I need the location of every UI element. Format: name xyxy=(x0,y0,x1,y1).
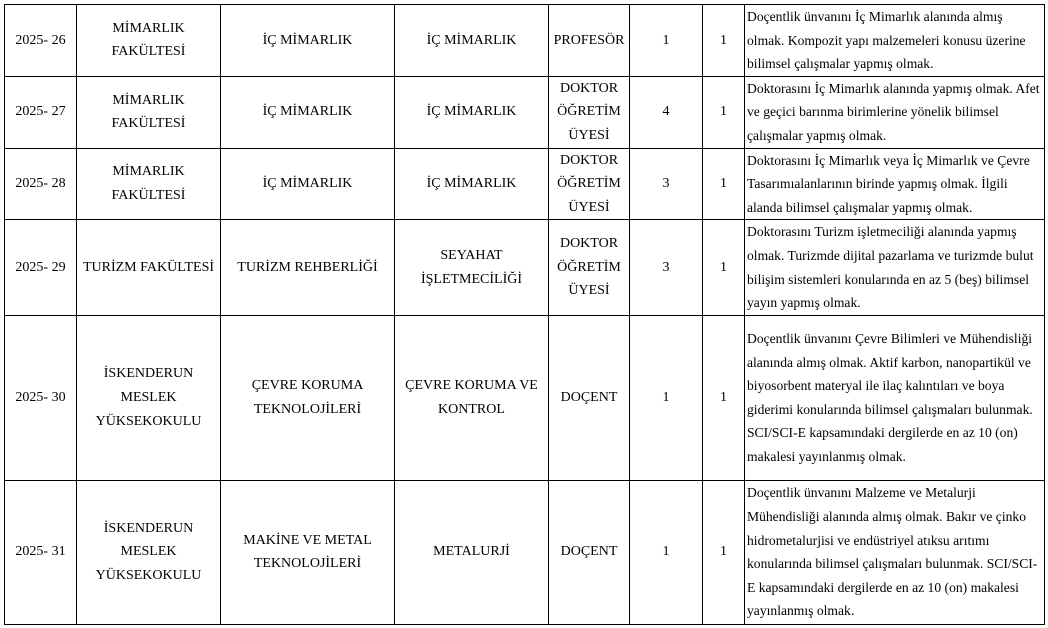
staff-positions-table: 2025- 26 MİMARLIK FAKÜLTESİ İÇ MİMARLIK … xyxy=(4,4,1045,625)
level: 3 xyxy=(630,220,703,315)
position-code: 2025- 26 xyxy=(5,5,77,77)
department: ÇEVRE KORUMA TEKNOLOJİLERİ xyxy=(221,315,395,480)
table-row: 2025- 30 İSKENDERUN MESLEK YÜKSEKOKULU Ç… xyxy=(5,315,1045,480)
field: İÇ MİMARLIK xyxy=(395,76,549,148)
position-code: 2025- 29 xyxy=(5,220,77,315)
department: TURİZM REHBERLİĞİ xyxy=(221,220,395,315)
table-row: 2025- 29 TURİZM FAKÜLTESİ TURİZM REHBERL… xyxy=(5,220,1045,315)
department: İÇ MİMARLIK xyxy=(221,5,395,77)
requirements: Doçentlik ünvanını İç Mimarlık alanında … xyxy=(745,5,1045,77)
position-count: 1 xyxy=(703,220,745,315)
position-count: 1 xyxy=(703,480,745,624)
position-count: 1 xyxy=(703,315,745,480)
academic-unit: İSKENDERUN MESLEK YÜKSEKOKULU xyxy=(77,315,221,480)
requirements: Doktorasını İç Mimarlık alanında yapmış … xyxy=(745,76,1045,148)
department: İÇ MİMARLIK xyxy=(221,148,395,220)
table-row: 2025- 27 MİMARLIK FAKÜLTESİ İÇ MİMARLIK … xyxy=(5,76,1045,148)
level: 1 xyxy=(630,5,703,77)
field: İÇ MİMARLIK xyxy=(395,5,549,77)
department: İÇ MİMARLIK xyxy=(221,76,395,148)
requirements: Doçentlik ünvanını Malzeme ve Metalurji … xyxy=(745,480,1045,624)
field: SEYAHAT İŞLETMECİLİĞİ xyxy=(395,220,549,315)
academic-title: DOÇENT xyxy=(549,480,630,624)
position-code: 2025- 28 xyxy=(5,148,77,220)
department: MAKİNE VE METAL TEKNOLOJİLERİ xyxy=(221,480,395,624)
table-row: 2025- 31 İSKENDERUN MESLEK YÜKSEKOKULU M… xyxy=(5,480,1045,624)
academic-title: PROFESÖR xyxy=(549,5,630,77)
academic-unit: TURİZM FAKÜLTESİ xyxy=(77,220,221,315)
requirements: Doktorasını İç Mimarlık veya İç Mimarlık… xyxy=(745,148,1045,220)
field: İÇ MİMARLIK xyxy=(395,148,549,220)
academic-title: DOKTOR ÖĞRETİM ÜYESİ xyxy=(549,148,630,220)
academic-unit: MİMARLIK FAKÜLTESİ xyxy=(77,76,221,148)
position-code: 2025- 30 xyxy=(5,315,77,480)
table-row: 2025- 28 MİMARLIK FAKÜLTESİ İÇ MİMARLIK … xyxy=(5,148,1045,220)
academic-title: DOKTOR ÖĞRETİM ÜYESİ xyxy=(549,76,630,148)
table-body: 2025- 26 MİMARLIK FAKÜLTESİ İÇ MİMARLIK … xyxy=(5,5,1045,625)
academic-title: DOKTOR ÖĞRETİM ÜYESİ xyxy=(549,220,630,315)
requirements: Doçentlik ünvanını Çevre Bilimleri ve Mü… xyxy=(745,315,1045,480)
field: METALURJİ xyxy=(395,480,549,624)
academic-unit: MİMARLIK FAKÜLTESİ xyxy=(77,148,221,220)
academic-title: DOÇENT xyxy=(549,315,630,480)
level: 1 xyxy=(630,480,703,624)
level: 3 xyxy=(630,148,703,220)
position-count: 1 xyxy=(703,148,745,220)
academic-unit: MİMARLIK FAKÜLTESİ xyxy=(77,5,221,77)
level: 4 xyxy=(630,76,703,148)
level: 1 xyxy=(630,315,703,480)
table-row: 2025- 26 MİMARLIK FAKÜLTESİ İÇ MİMARLIK … xyxy=(5,5,1045,77)
position-count: 1 xyxy=(703,76,745,148)
field: ÇEVRE KORUMA VE KONTROL xyxy=(395,315,549,480)
position-code: 2025- 31 xyxy=(5,480,77,624)
position-code: 2025- 27 xyxy=(5,76,77,148)
requirements: Doktorasını Turizm işletmeciliği alanınd… xyxy=(745,220,1045,315)
position-count: 1 xyxy=(703,5,745,77)
academic-unit: İSKENDERUN MESLEK YÜKSEKOKULU xyxy=(77,480,221,624)
